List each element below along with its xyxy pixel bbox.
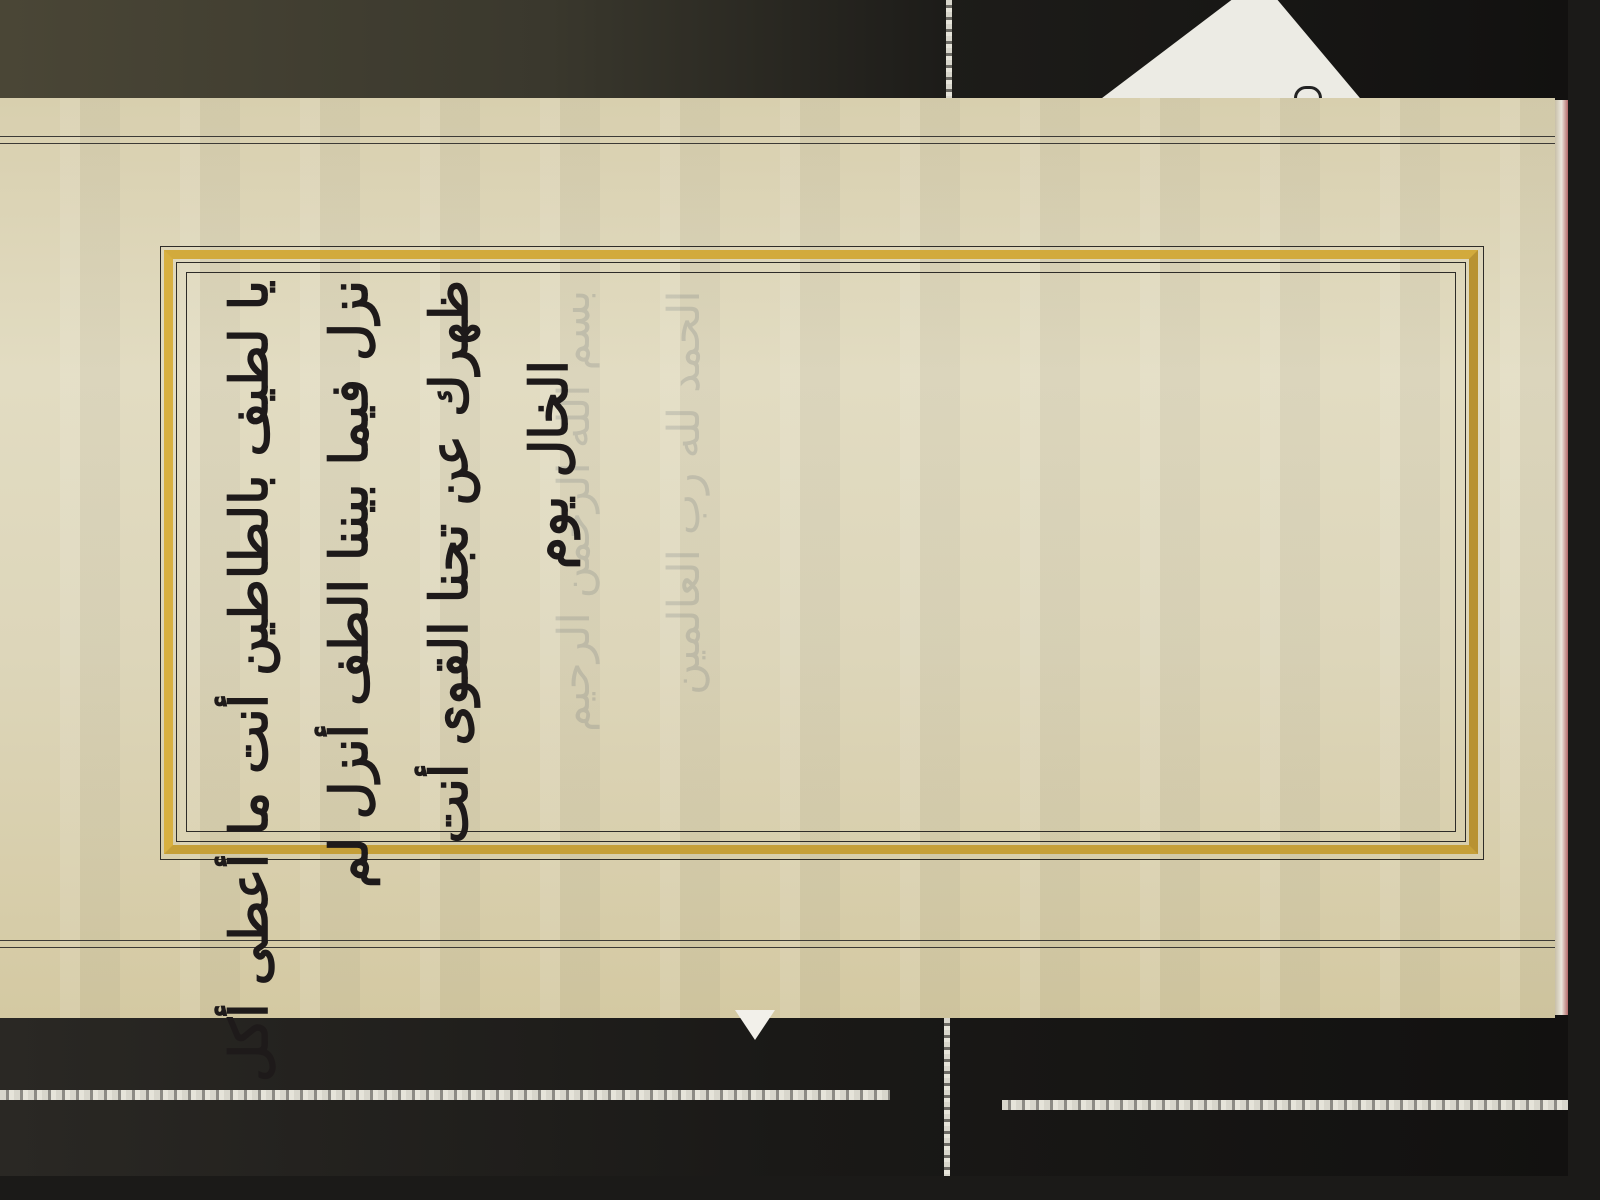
- tape-vertical-top: [946, 0, 952, 100]
- bleed-through-text: بسم الله الرحمن الرحيم الحمد لله رب العا…: [520, 290, 1440, 820]
- tape-vertical-bottom: [944, 1018, 950, 1176]
- calligraphy-block: يا لطيف بالطاطين أنت ما أعطى أكل نزل فيم…: [200, 280, 620, 820]
- text-line-3: ظهرك عن تجنا القوى أنت: [400, 280, 500, 820]
- tape-horizontal-right: [1002, 1100, 1568, 1110]
- tape-horizontal-left: [0, 1090, 890, 1100]
- text-line-2: نزل فيما بيننا الطف أنزل لم: [300, 280, 400, 820]
- page-edge: [1555, 100, 1568, 1015]
- text-line-4: الخال يوم: [500, 280, 600, 820]
- top-rule: [0, 136, 1555, 144]
- text-line-1: يا لطيف بالطاطين أنت ما أعطى أكل: [200, 280, 300, 820]
